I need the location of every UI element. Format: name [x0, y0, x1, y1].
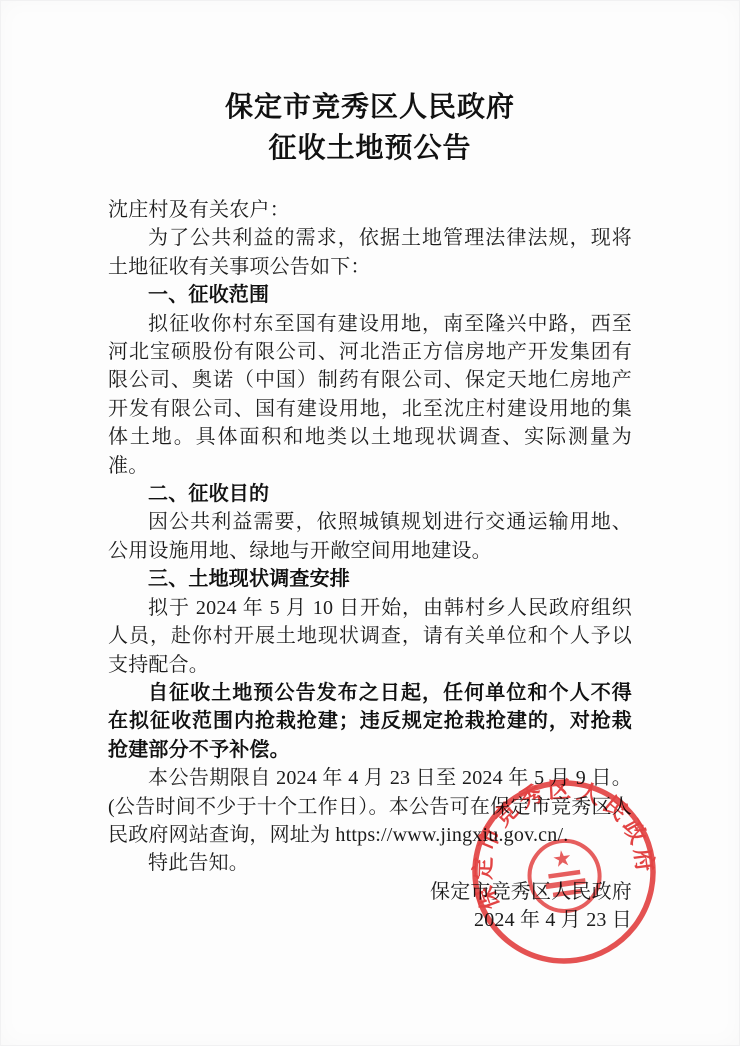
salutation: 沈庄村及有关农户： [108, 196, 632, 224]
body-paragraph: 为了公共利益的需求，依据土地管理法律法规，现将土地征收有关事项公告如下： [108, 224, 632, 281]
body-paragraph: 本公告期限自 2024 年 4 月 23 日至 2024 年 5 月 9 日。(… [108, 764, 632, 849]
paragraph-list: 为了公共利益的需求，依据土地管理法律法规，现将土地征收有关事项公告如下：一、征收… [108, 224, 632, 877]
document-body: 沈庄村及有关农户： 为了公共利益的需求，依据土地管理法律法规，现将土地征收有关事… [108, 196, 632, 935]
body-paragraph: 拟于 2024 年 5 月 10 日开始，由韩村乡人民政府组织人员，赴你村开展土… [108, 594, 632, 679]
body-paragraph: 一、征收范围 [108, 281, 632, 309]
body-paragraph: 三、土地现状调查安排 [108, 565, 632, 593]
body-paragraph: 自征收土地预公告发布之日起，任何单位和个人不得在拟征收范围内抢栽抢建；违反规定抢… [108, 679, 632, 764]
signature-block: 保定市竞秀区人民政府 2024 年 4 月 23 日 [108, 878, 632, 935]
title-line-1: 保定市竞秀区人民政府 [0, 86, 740, 127]
signature-date: 2024 年 4 月 23 日 [108, 906, 632, 934]
document-title: 保定市竞秀区人民政府 征收土地预公告 [0, 86, 740, 168]
signature-name: 保定市竞秀区人民政府 [108, 878, 632, 906]
title-line-2: 征收土地预公告 [0, 127, 740, 168]
body-paragraph: 拟征收你村东至国有建设用地，南至隆兴中路，西至河北宝硕股份有限公司、河北浩正方信… [108, 310, 632, 480]
body-paragraph: 二、征收目的 [108, 480, 632, 508]
body-paragraph: 特此告知。 [108, 849, 632, 877]
body-paragraph: 因公共利益需要，依照城镇规划进行交通运输用地、公用设施用地、绿地与开敞空间用地建… [108, 508, 632, 565]
scanned-announcement-page: 保定市竞秀区人民政府 征收土地预公告 沈庄村及有关农户： 为了公共利益的需求，依… [0, 0, 740, 1046]
